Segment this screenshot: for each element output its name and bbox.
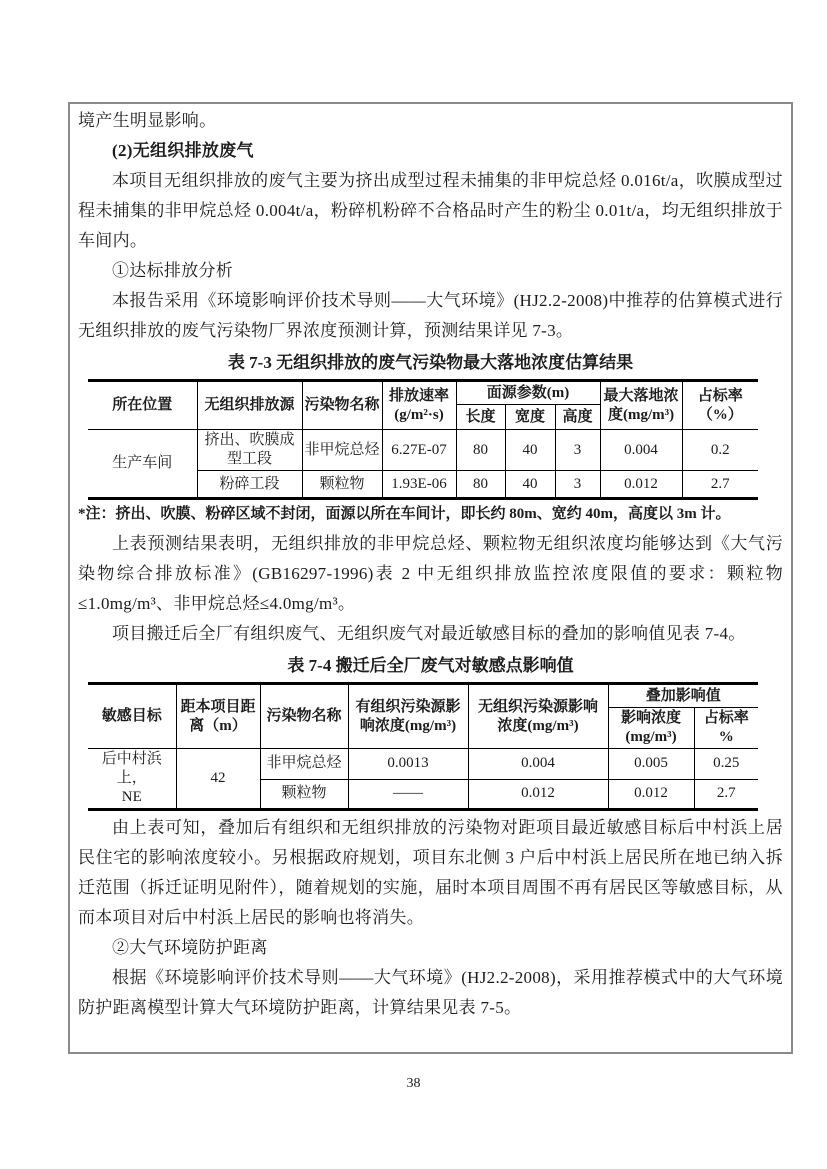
table-row: 后中村浜上， NE 42 非甲烷总烃 0.0013 0.004 0.005 0.… [88,749,758,780]
table-header-row: 所在位置 无组织排放源 污染物名称 排放速率 (g/m²·s) 面源参数(m) … [88,381,758,405]
table-cell: 0.0013 [348,749,468,780]
table-cell: 3 [555,471,600,499]
table-cell: 排放速率 (g/m²·s) [382,381,456,430]
table-cell: 生产车间 [88,430,197,499]
table-row: 生产车间 挤出、吹膜成 型工段 非甲烷总烃 6.27E-07 80 40 3 0… [88,430,758,471]
table-cell: 0.004 [600,430,682,471]
table-cell: 42 [176,749,260,810]
table-cell: 后中村浜上， NE [88,749,176,810]
page-number: 38 [0,1076,827,1092]
table-cell: 长度 [456,405,505,430]
table-7-3-title: 表 7-3 无组织排放的废气污染物最大落地浓度估算结果 [78,349,783,377]
table-cell: 0.25 [694,749,758,780]
table-cell: 40 [505,471,555,499]
table-cell: 0.2 [682,430,758,471]
heading-protection-distance: ②大气环境防护距离 [78,933,783,963]
paragraph-superpose: 项目搬迁后全厂有组织废气、无组织废气对最近敏感目标的叠加的影响值见表 7-4。 [78,619,783,649]
table-cell: 敏感目标 [88,684,176,749]
table-cell: —— [348,779,468,810]
paragraph-protection: 根据《环境影响评价技术导则——大气环境》(HJ2.2-2008)，采用推荐模式中… [78,963,783,1023]
table-cell: 非甲烷总烃 [302,430,382,471]
table-cell: 0.004 [468,749,608,780]
heading-unorganized-emission: (2)无组织排放废气 [78,136,783,166]
table-cell: 40 [505,430,555,471]
paragraph-carryover: 境产生明显影响。 [78,106,783,136]
table-cell: 非甲烷总烃 [260,749,348,780]
table-cell: 污染物名称 [302,381,382,430]
table-7-4-title: 表 7-4 搬迁后全厂废气对敏感点影响值 [78,652,783,680]
table-cell: 80 [456,471,505,499]
table-cell: 有组织污染源影 响浓度(mg/m³) [348,684,468,749]
paragraph-model: 本报告采用《环境影响评价技术导则——大气环境》(HJ2.2-2008)中推荐的估… [78,286,783,346]
table-cell: 所在位置 [88,381,197,430]
table-cell: 0.005 [608,749,694,780]
table-header-row: 敏感目标 距本项目距 离（m） 污染物名称 有组织污染源影 响浓度(mg/m³)… [88,684,758,708]
table-cell: 2.7 [694,779,758,810]
table-cell: 最大落地浓 度(mg/m³) [600,381,682,430]
table-cell: 3 [555,430,600,471]
table-cell: 宽度 [505,405,555,430]
table-cell: 80 [456,430,505,471]
table-cell: 占标率 （%） [682,381,758,430]
table-7-3: 所在位置 无组织排放源 污染物名称 排放速率 (g/m²·s) 面源参数(m) … [88,379,758,500]
table-cell: 高度 [555,405,600,430]
table-cell: 无组织污染源影响 浓度(mg/m³) [468,684,608,749]
paragraph-conclusion: 由上表可知，叠加后有组织和无组织排放的污染物对距项目最近敏感目标后中村浜上居民住… [78,813,783,933]
table-cell: 2.7 [682,471,758,499]
table-7-3-note: *注：挤出、吹膜、粉碎区域不封闭，面源以所在车间计，即长约 80m、宽约 40m… [78,502,783,527]
table-cell: 无组织排放源 [197,381,302,430]
document-page: { "page": { "number": "38" }, "content":… [0,0,827,1169]
table-cell: 叠加影响值 [608,684,758,708]
page-border-box: 境产生明显影响。 (2)无组织排放废气 本项目无组织排放的废气主要为挤出成型过程… [68,102,793,1054]
table-cell: 粉碎工段 [197,471,302,499]
paragraph-intro: 本项目无组织排放的废气主要为挤出成型过程未捕集的非甲烷总烃 0.016t/a，吹… [78,166,783,256]
table-cell: 污染物名称 [260,684,348,749]
table-cell: 距本项目距 离（m） [176,684,260,749]
table-cell: 面源参数(m) [456,381,600,405]
table-cell: 挤出、吹膜成 型工段 [197,430,302,471]
table-cell: 0.012 [600,471,682,499]
paragraph-result: 上表预测结果表明，无组织排放的非甲烷总烃、颗粒物无组织浓度均能够达到《大气污染物… [78,529,783,619]
heading-compliance-analysis: ①达标排放分析 [78,256,783,286]
table-cell: 影响浓度 (mg/m³) [608,708,694,749]
table-7-4: 敏感目标 距本项目距 离（m） 污染物名称 有组织污染源影 响浓度(mg/m³)… [88,682,758,811]
table-cell: 颗粒物 [302,471,382,499]
table-cell: 颗粒物 [260,779,348,810]
table-cell: 1.93E-06 [382,471,456,499]
table-cell: 0.012 [468,779,608,810]
table-cell: 占标率 % [694,708,758,749]
table-cell: 6.27E-07 [382,430,456,471]
table-cell: 0.012 [608,779,694,810]
